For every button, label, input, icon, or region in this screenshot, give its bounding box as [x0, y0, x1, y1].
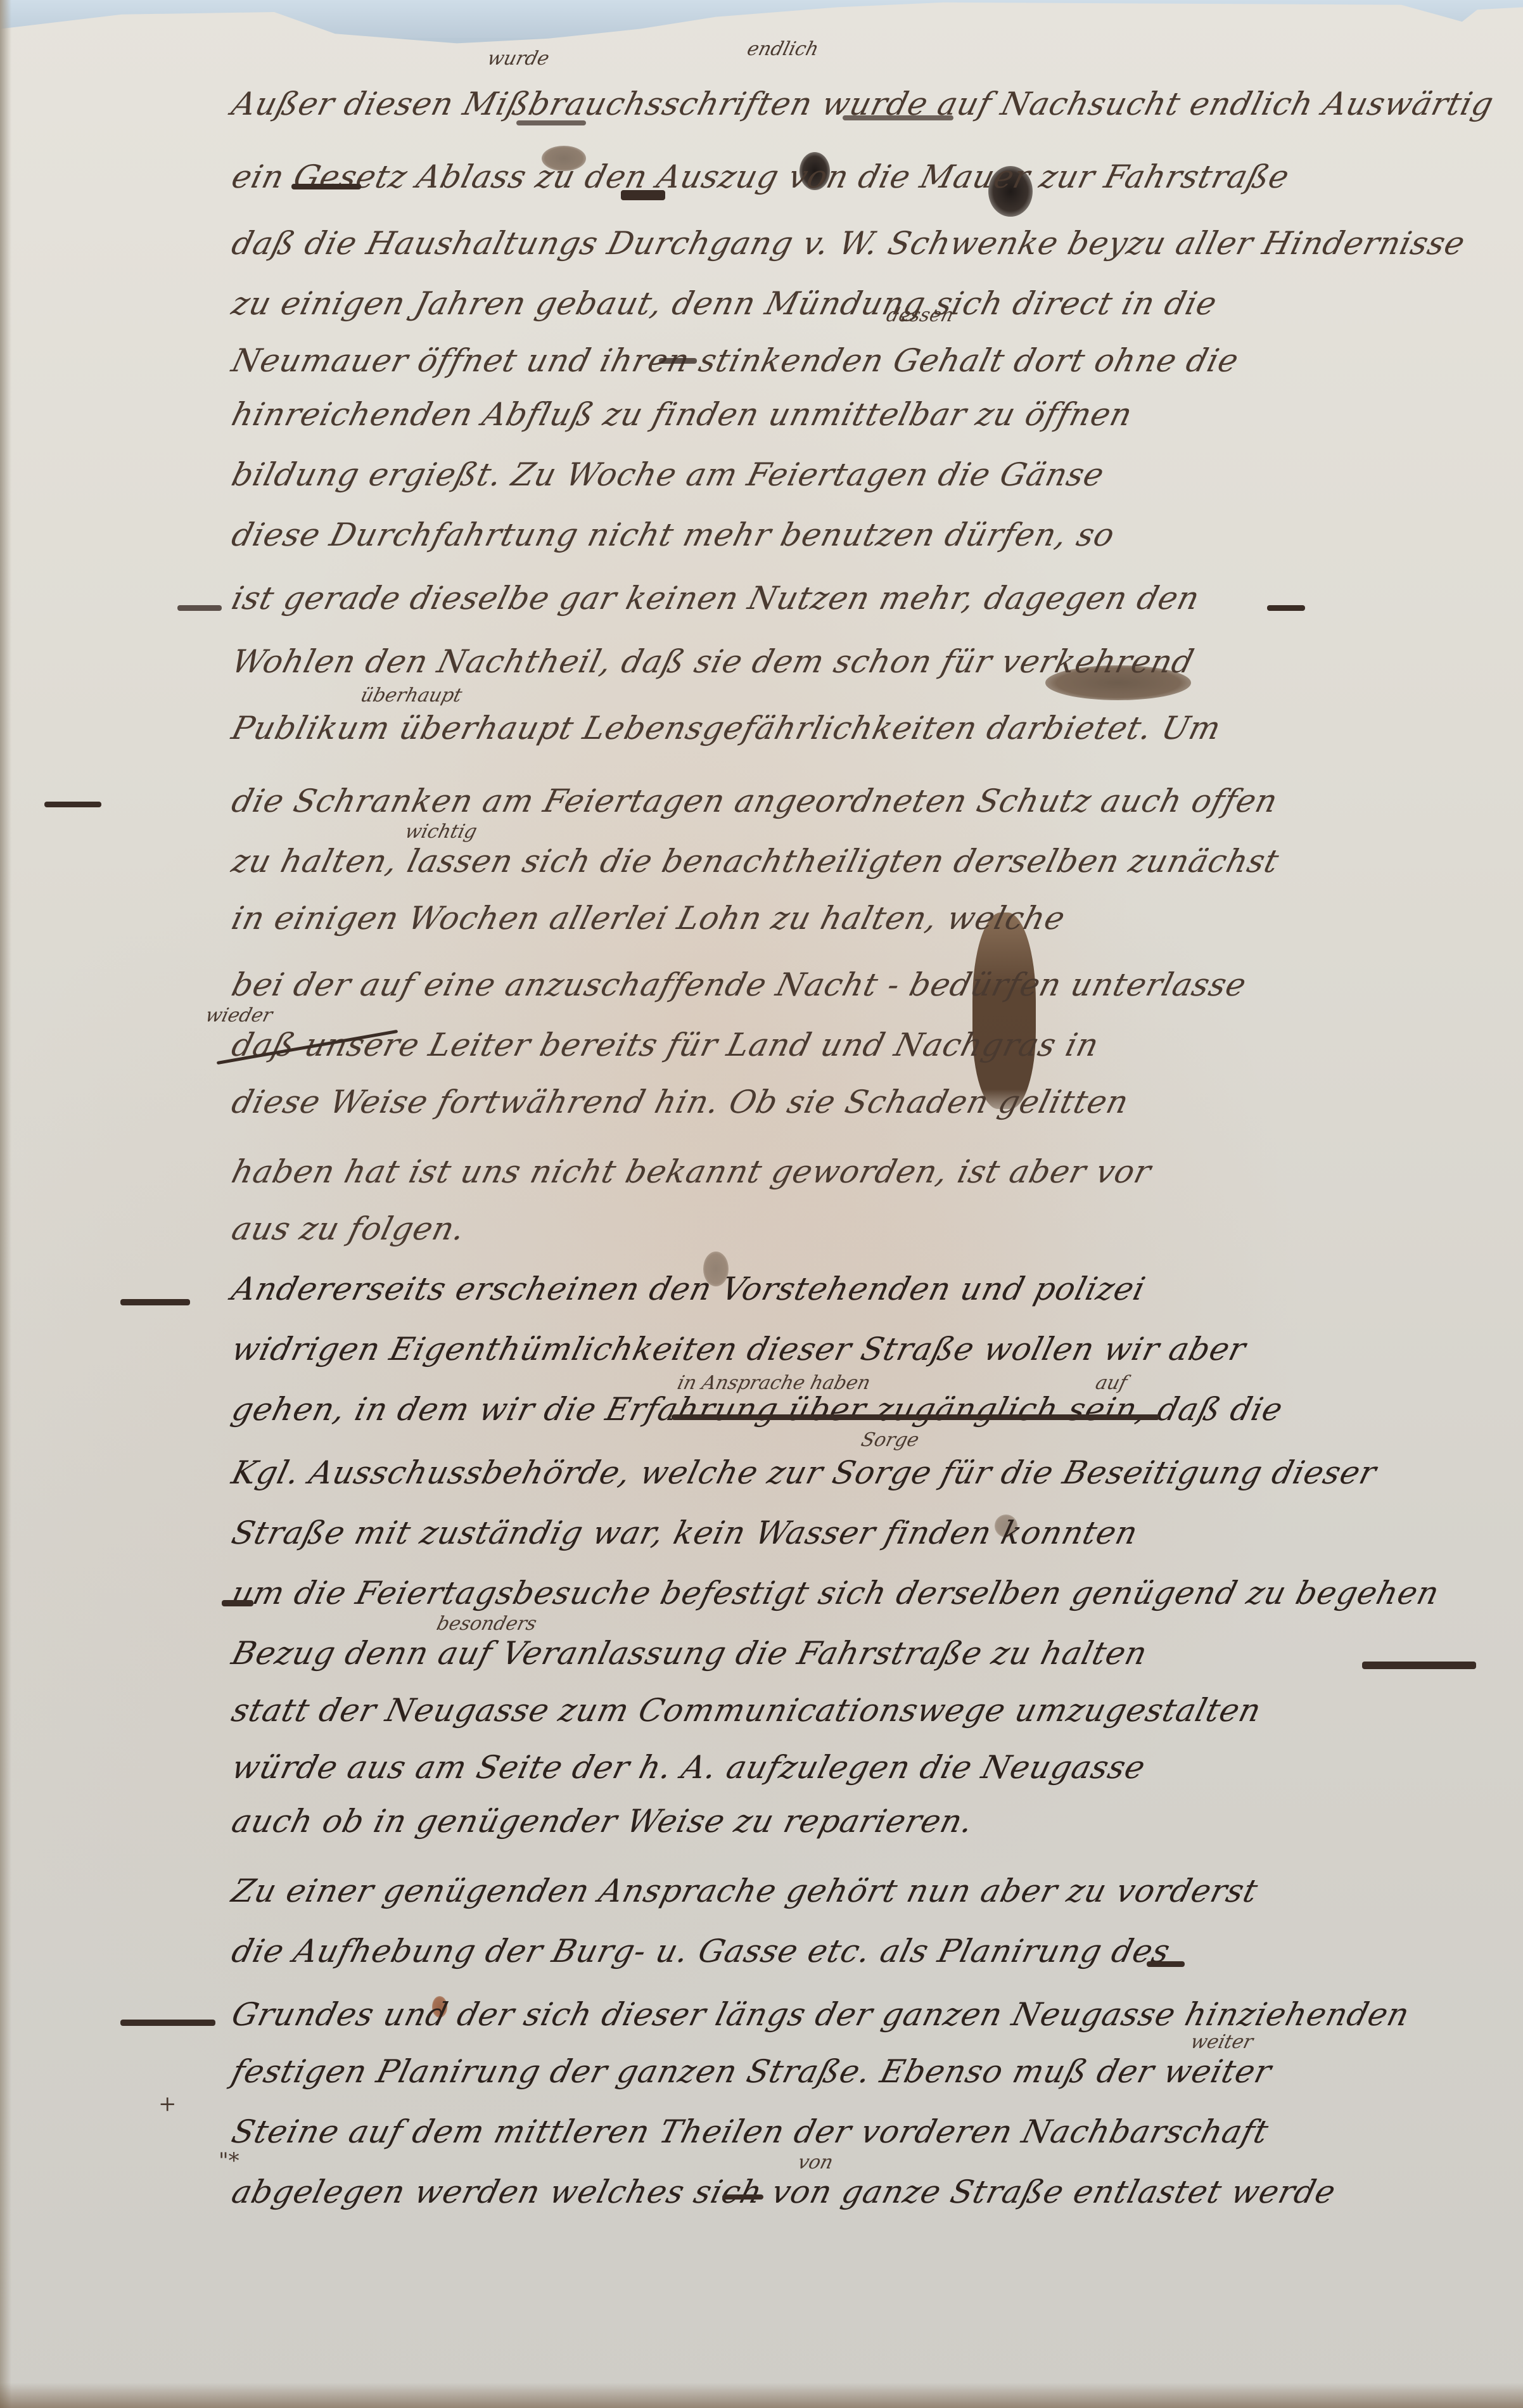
- page-left-edge: [0, 0, 11, 2408]
- strikethrough: [621, 190, 665, 200]
- text-line: haben hat ist uns nicht bekannt geworden…: [228, 1153, 1155, 1190]
- interlinear-insertion: weiter: [1188, 2031, 1256, 2053]
- text-line: daß die Haushaltungs Durchgang v. W. Sch…: [228, 225, 1469, 262]
- text-line: hinreichenden Abfluß zu finden unmittelb…: [228, 396, 1137, 433]
- interlinear-insertion: wieder: [203, 1004, 275, 1027]
- text-line: gehen, in dem wir die Erfahrung über zug…: [228, 1391, 1287, 1428]
- strikethrough: [1147, 1961, 1185, 1967]
- text-line: Publikum überhaupt Lebensgefährlichkeite…: [228, 710, 1225, 746]
- interlinear-insertion: überhaupt: [359, 684, 464, 707]
- text-line: zu halten, lassen sich die benachtheilig…: [228, 843, 1283, 880]
- text-line: Grundes und der sich dieser längs der ga…: [228, 1996, 1413, 2033]
- text-line: Neumauer öffnet und ihren stinkenden Geh…: [228, 342, 1243, 379]
- text-line: bildung ergießt. Zu Woche am Feiertagen …: [228, 456, 1108, 493]
- text-line: in einigen Wochen allerlei Lohn zu halte…: [228, 900, 1069, 937]
- text-line: abgelegen werden welches sich von ganze …: [228, 2174, 1340, 2210]
- strikethrough: [177, 605, 222, 611]
- text-line: Zu einer genügenden Ansprache gehört nun…: [228, 1873, 1262, 1909]
- text-line: Straße mit zuständig war, kein Wasser fi…: [228, 1515, 1142, 1551]
- strikethrough: [222, 1600, 253, 1606]
- margin-mark: +: [158, 2091, 177, 2117]
- interlinear-insertion: in Ansprache haben: [675, 1372, 873, 1394]
- strikethrough: [1362, 1662, 1476, 1669]
- text-line: statt der Neugasse zum Communicationsweg…: [228, 1692, 1265, 1729]
- text-line: zu einigen Jahren gebaut, denn Mündung s…: [228, 285, 1221, 322]
- text-line: widrigen Eigenthümlichkeiten dieser Stra…: [228, 1331, 1250, 1367]
- text-line: diese Weise fortwährend hin. Ob sie Scha…: [228, 1084, 1133, 1120]
- interlinear-insertion: auf: [1093, 1372, 1130, 1394]
- text-line: aus zu folgen.: [228, 1210, 469, 1247]
- text-line: diese Durchfahrtung nicht mehr benutzen …: [228, 516, 1119, 553]
- text-line: ist gerade dieselbe gar keinen Nutzen me…: [228, 580, 1204, 617]
- interlinear-insertion: wurde: [485, 48, 552, 70]
- interlinear-insertion: besonders: [435, 1613, 539, 1635]
- text-line: bei der auf eine anzuschaffende Nacht - …: [228, 966, 1251, 1003]
- text-line: die Schranken am Feiertagen angeordneten…: [228, 783, 1282, 819]
- strikethrough: [672, 1414, 1159, 1420]
- ink-drip-stain: [972, 913, 1036, 1109]
- text-line: daß unsere Leiter bereits für Land und N…: [228, 1027, 1103, 1063]
- text-line: Steine auf dem mittleren Theilen der vor…: [228, 2113, 1273, 2150]
- strikethrough: [722, 2194, 763, 2200]
- text-line: um die Feiertagsbesuche befestigt sich d…: [228, 1575, 1443, 1611]
- strikethrough: [843, 115, 953, 120]
- text-line: Wohlen den Nachtheil, daß sie dem schon …: [228, 643, 1198, 680]
- page-bottom-edge: [0, 2383, 1523, 2408]
- interlinear-insertion: wichtig: [403, 821, 480, 843]
- text-line: die Aufhebung der Burg- u. Gasse etc. al…: [228, 1933, 1174, 1969]
- strikethrough: [120, 1299, 190, 1305]
- interlinear-insertion: von: [796, 2151, 836, 2174]
- text-line: auch ob in genügender Weise zu repariere…: [228, 1803, 978, 1840]
- text-line: Andererseits erscheinen den Vorstehenden…: [228, 1271, 1149, 1307]
- strikethrough: [44, 802, 101, 807]
- text-line: ein Gesetz Ablass zu den Auszug von die …: [228, 158, 1293, 195]
- text-line: festigen Planirung der ganzen Straße. Eb…: [228, 2053, 1275, 2090]
- text-line: Bezug denn auf Veranlassung die Fahrstra…: [228, 1635, 1151, 1672]
- interlinear-insertion: dessen: [884, 304, 957, 326]
- text-line: würde aus am Seite der h. A. aufzulegen …: [228, 1749, 1149, 1786]
- strikethrough: [1267, 605, 1305, 611]
- strikethrough: [291, 184, 361, 189]
- strikethrough: [659, 358, 697, 364]
- margin-mark: "*: [219, 2148, 239, 2174]
- text-line: Kgl. Ausschussbehörde, welche zur Sorge …: [228, 1454, 1380, 1491]
- strikethrough: [516, 120, 586, 125]
- strikethrough: [120, 2020, 215, 2026]
- interlinear-insertion: Sorge: [859, 1429, 922, 1451]
- interlinear-insertion: endlich: [745, 38, 821, 60]
